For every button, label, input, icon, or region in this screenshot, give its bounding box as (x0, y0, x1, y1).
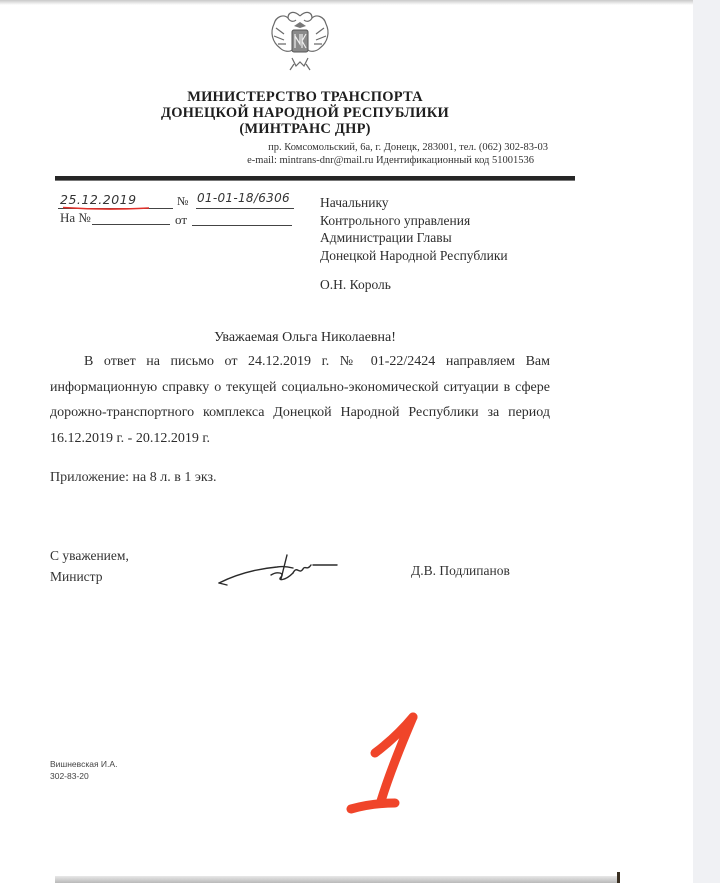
addressee-line: Администрации Главы (320, 229, 508, 247)
viewer-side-panel (693, 0, 720, 883)
page-top-shadow (0, 0, 693, 5)
reference-underline (92, 224, 170, 225)
document-page: МИНИСТЕРСТВО ТРАНСПОРТА ДОНЕЦКОЙ НАРОДНО… (0, 0, 693, 883)
attachment-note: Приложение: на 8 л. в 1 экз. (50, 470, 217, 486)
addressee-block: Начальнику Контрольного управления Админ… (320, 194, 508, 294)
salutation: Уважаемая Ольга Николаевна! (0, 330, 610, 346)
addressee-line: Донецкой Народной Республики (320, 247, 508, 265)
outgoing-date: 25.12.2019 (60, 192, 137, 207)
addressee-line: Начальнику (320, 194, 508, 212)
page-bottom-edge (55, 876, 620, 883)
reference-date-underline (192, 225, 292, 226)
executor-block: Вишневская И.А. 302-83-20 (50, 758, 117, 782)
reference-label: На № (60, 210, 91, 226)
signatory-name: Д.В. Подлипанов (411, 563, 510, 579)
closing-regards: С уважением, (50, 545, 129, 566)
closing-block: С уважением, Министр (50, 545, 129, 587)
executor-name: Вишневская И.А. (50, 758, 117, 770)
ministry-name-line2: ДОНЕЦКОЙ НАРОДНОЙ РЕСПУБЛИКИ (100, 105, 510, 121)
signatory-position: Министр (50, 566, 129, 587)
address-line: пр. Комсомольский, 6а, г. Донецк, 283001… (128, 141, 548, 154)
number-underline (196, 208, 294, 209)
number-label: № (177, 194, 188, 209)
handwritten-signature-icon (215, 551, 345, 589)
addressee-name: О.Н. Король (320, 276, 508, 294)
ministry-address: пр. Комсомольский, 6а, г. Донецк, 283001… (128, 141, 548, 167)
outgoing-number: 01-01-18/6306 (197, 191, 290, 205)
addressee-line: Контрольного управления (320, 212, 508, 230)
contact-line: e-mail: mintrans-dnr@mail.ru Идентификац… (128, 154, 548, 167)
ministry-name-line1: МИНИСТЕРСТВО ТРАНСПОРТА (100, 89, 510, 105)
page-number-annotation (335, 705, 435, 825)
ministry-abbreviation: (МИНТРАНС ДНР) (100, 121, 510, 137)
page-bottom-corner (617, 872, 620, 883)
executor-phone: 302-83-20 (50, 770, 117, 782)
ministry-header: МИНИСТЕРСТВО ТРАНСПОРТА ДОНЕЦКОЙ НАРОДНО… (100, 89, 510, 137)
reference-date-label: от (175, 212, 187, 228)
letter-body: В ответ на письмо от 24.12.2019 г. № 01-… (50, 349, 550, 451)
header-divider (55, 176, 575, 180)
dpr-coat-of-arms-icon (266, 6, 334, 74)
